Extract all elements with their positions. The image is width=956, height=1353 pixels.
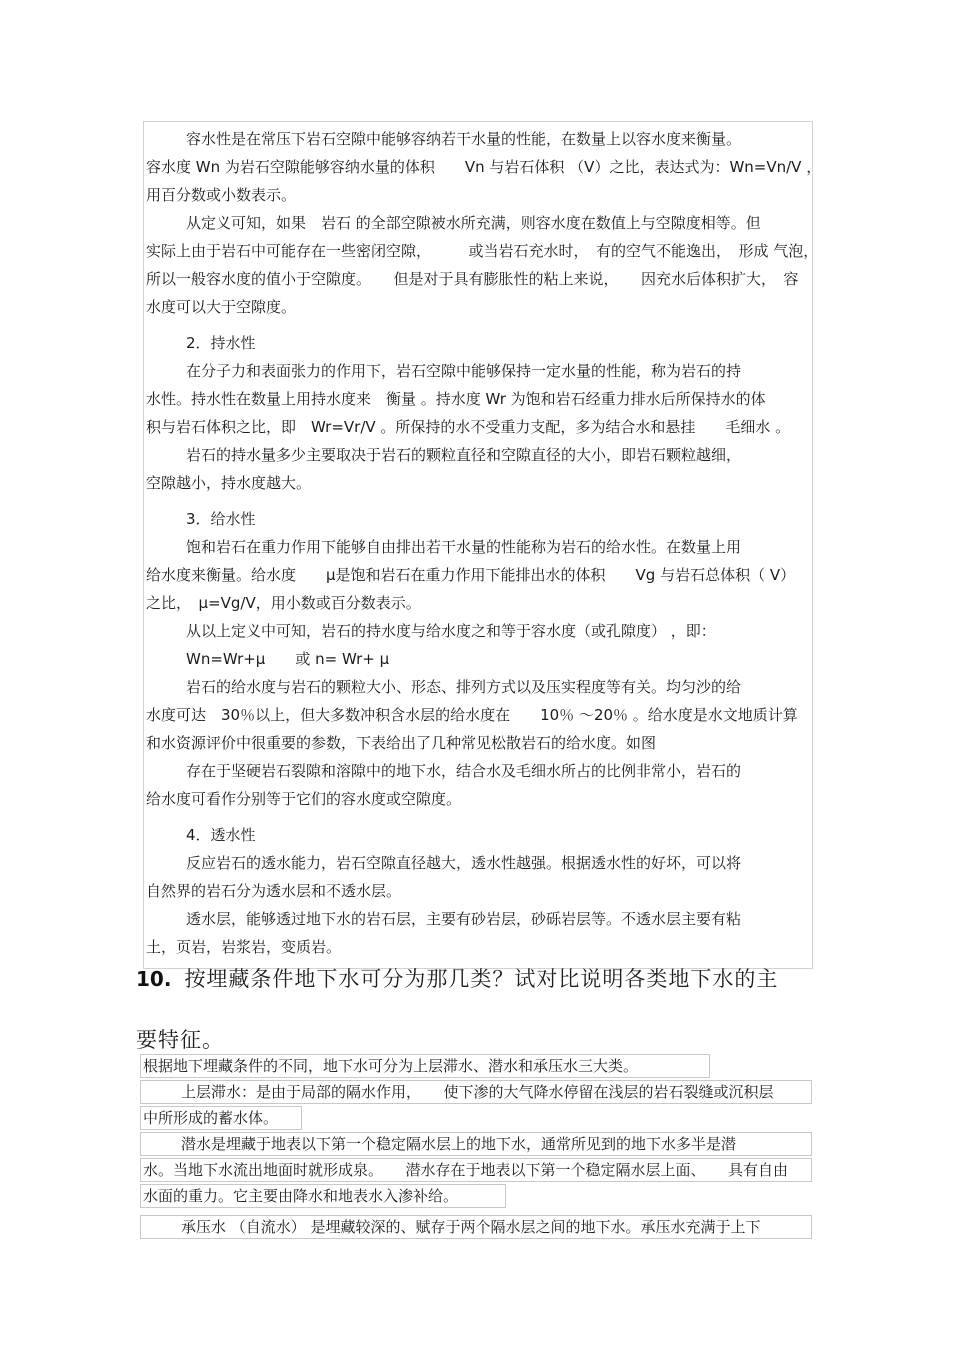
doc-line: 积与岩石体积之比，即 Wr=Vr/V 。所保持的水不受重力支配，多为结合水和悬挂… bbox=[146, 413, 810, 441]
section-heading: 4．透水性 bbox=[146, 821, 810, 849]
section-heading: 3．给水性 bbox=[146, 505, 810, 533]
doc-line: 用百分数或小数表示。 bbox=[146, 181, 810, 209]
doc-line: 空隙越小，持水度越大。 bbox=[146, 469, 810, 497]
answer-line: 水面的重力。它主要由降水和地表水入渗补给。 bbox=[140, 1184, 506, 1208]
doc-line: 在分子力和表面张力的作用下，岩石空隙中能够保持一定水量的性能，称为岩石的持 bbox=[146, 357, 810, 385]
question-heading: 10. 按埋藏条件地下水可分为那几类？试对比说明各类地下水的主 要特征。 bbox=[136, 963, 856, 1054]
doc-line: 实际上由于岩石中可能存在一些密闭空隙， 或当岩石充水时， 有的空气不能逸出， 形… bbox=[146, 237, 810, 265]
doc-line: 容水度 Wn 为岩石空隙能够容纳水量的体积 Vn 与岩石体积 （V）之比，表达式… bbox=[146, 153, 810, 181]
question-line-1: 10. 按埋藏条件地下水可分为那几类？试对比说明各类地下水的主 bbox=[136, 963, 856, 993]
doc-line: 岩石的给水度与岩石的颗粒大小、形态、排列方式以及压实程度等有关。均匀沙的给 bbox=[146, 673, 810, 701]
doc-line: 从以上定义中可知，岩石的持水度与给水度之和等于容水度（或孔隙度） ，即： bbox=[146, 617, 810, 645]
doc-line: 存在于坚硬岩石裂隙和溶隙中的地下水，结合水及毛细水所占的比例非常小，岩石的 bbox=[146, 757, 810, 785]
answer-line: 水。当地下水流出地面时就形成泉。 潜水存在于地表以下第一个稳定隔水层上面、 具有… bbox=[140, 1158, 812, 1182]
doc-line: 和水资源评价中很重要的参数，下表给出了几种常见松散岩石的给水度。如图 bbox=[146, 729, 810, 757]
answer-line: 潜水是埋藏于地表以下第一个稳定隔水层上的地下水，通常所见到的地下水多半是潜 bbox=[140, 1132, 812, 1156]
doc-line: 水性。持水性在数量上用持水度来 衡量 。持水度 Wr 为饱和岩石经重力排水后所保… bbox=[146, 385, 810, 413]
doc-line: 容水性是在常压下岩石空隙中能够容纳若干水量的性能，在数量上以容水度来衡量。 bbox=[146, 125, 810, 153]
doc-line: 饱和岩石在重力作用下能够自由排出若干水量的性能称为岩石的给水性。在数量上用 bbox=[146, 533, 810, 561]
doc-line: 给水度来衡量。给水度 μ是饱和岩石在重力作用下能排出水的体积 Vg 与岩石总体积… bbox=[146, 561, 810, 589]
doc-line: 从定义可知，如果 岩石 的全部空隙被水所充满，则容水度在数值上与空隙度相等。但 bbox=[146, 209, 810, 237]
question-line-2: 要特征。 bbox=[136, 1024, 856, 1054]
doc-line: 水度可以大于空隙度。 bbox=[146, 293, 810, 321]
answer-section: 根据地下埋藏条件的不同，地下水可分为上层滞水、潜水和承压水三大类。 上层滞水：是… bbox=[140, 1054, 820, 1241]
section-heading: 2．持水性 bbox=[146, 329, 810, 357]
answer-line: 上层滞水：是由于局部的隔水作用， 使下渗的大气降水停留在浅层的岩石裂缝或沉积层 bbox=[140, 1080, 812, 1104]
doc-line: 水度可达 30％以上，但大多数冲积含水层的给水度在 10％ ～20％ 。给水度是… bbox=[146, 701, 810, 729]
question-text: 按埋藏条件地下水可分为那几类？试对比说明各类地下水的主 bbox=[184, 963, 778, 993]
doc-line: 之比， μ=Vg/V，用小数或百分数表示。 bbox=[146, 589, 810, 617]
doc-line: 给水度可看作分别等于它们的容水度或空隙度。 bbox=[146, 785, 810, 813]
answer-line: 根据地下埋藏条件的不同，地下水可分为上层滞水、潜水和承压水三大类。 bbox=[140, 1054, 710, 1078]
question-number: 10. bbox=[136, 967, 171, 991]
notes-section: 容水性是在常压下岩石空隙中能够容纳若干水量的性能，在数量上以容水度来衡量。 容水… bbox=[143, 121, 813, 969]
answer-line: 承压水 （自流水） 是埋藏较深的、赋存于两个隔水层之间的地下水。承压水充满于上下 bbox=[140, 1215, 812, 1239]
doc-line: 土，页岩，岩浆岩，变质岩。 bbox=[146, 933, 810, 961]
doc-line: 岩石的持水量多少主要取决于岩石的颗粒直径和空隙直径的大小，即岩石颗粒越细， bbox=[146, 441, 810, 469]
formula-line: Wn=Wr+μ 或 n= Wr+ μ bbox=[146, 645, 810, 673]
document-page: 容水性是在常压下岩石空隙中能够容纳若干水量的性能，在数量上以容水度来衡量。 容水… bbox=[0, 0, 956, 1353]
answer-line: 中所形成的蓄水体。 bbox=[140, 1106, 302, 1130]
doc-line: 所以一般容水度的值小于空隙度。 但是对于具有膨胀性的粘上来说， 因充水后体积扩大… bbox=[146, 265, 810, 293]
doc-line: 反应岩石的透水能力，岩石空隙直径越大，透水性越强。根据透水性的好坏，可以将 bbox=[146, 849, 810, 877]
doc-line: 透水层，能够透过地下水的岩石层，主要有砂岩层，砂砾岩层等。不透水层主要有粘 bbox=[146, 905, 810, 933]
doc-line: 自然界的岩石分为透水层和不透水层。 bbox=[146, 877, 810, 905]
